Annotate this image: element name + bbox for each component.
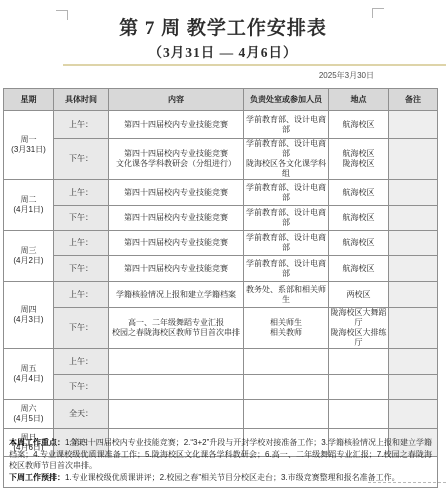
content-cell-line: 第四十四届校内专业技能竞赛	[110, 238, 242, 248]
table-row: 周四(4月3日)上午：学籍核验情况上报和建立学籍档案教务处、系部和相关师生两校区	[4, 282, 438, 308]
content-cell-line: 第四十四届校内专业技能竞赛	[110, 188, 242, 198]
column-header: 负责处室或参加人员	[244, 89, 329, 111]
time-cell-line: 上午：	[55, 188, 107, 198]
this-week-notes: 本周工作重点：1.第四十四届校内专业技能竞赛；2.“3+2”升段与开封学校对接准…	[9, 437, 432, 472]
place-cell-line: 航海校区	[330, 188, 387, 198]
staff-cell-line: 相关师生	[245, 318, 327, 328]
place-cell: 航海校区	[329, 231, 389, 256]
staff-cell-line: 学前教育部、设计电商部	[245, 259, 327, 279]
note-cell	[389, 256, 438, 282]
time-cell-line: 全天：	[55, 409, 107, 419]
time-cell-line: 上午：	[55, 290, 107, 300]
content-cell-line: 学籍核验情况上报和建立学籍档案	[110, 290, 242, 300]
table-row: 周一(3月31日)上午：第四十四届校内专业技能竞赛学前教育部、设计电商部航海校区	[4, 111, 438, 139]
staff-cell: 教务处、系部和相关师生	[244, 282, 329, 308]
day-cell: 周二(4月1日)	[4, 180, 54, 231]
document-page: 第 7 周 教学工作安排表 （3月31日 — 4月6日） 2025年3月30日 …	[0, 0, 446, 500]
column-header: 具体时间	[54, 89, 109, 111]
content-cell: 第四十四届校内专业技能竞赛	[109, 256, 244, 282]
staff-cell: 学前教育部、设计电商部	[244, 206, 329, 231]
time-cell: 下午：	[54, 375, 109, 400]
content-cell: 学籍核验情况上报和建立学籍档案	[109, 282, 244, 308]
schedule-table: 星期具体时间内容负责处室或参加人员地点备注 周一(3月31日)上午：第四十四届校…	[3, 88, 438, 457]
note-cell	[389, 206, 438, 231]
content-cell: 高一、二年级舞蹈专业汇报校园之春陇海校区教师节目首次串排	[109, 308, 244, 349]
content-cell	[109, 400, 244, 429]
column-header: 地点	[329, 89, 389, 111]
note-cell	[389, 282, 438, 308]
time-cell: 上午：	[54, 349, 109, 375]
place-cell: 航海校区	[329, 206, 389, 231]
content-cell: 第四十四届校内专业技能竞赛	[109, 180, 244, 206]
time-cell-line: 下午：	[55, 382, 107, 392]
this-week-label: 本周工作重点：	[9, 438, 65, 447]
day-cell-line: (4月5日)	[5, 414, 52, 424]
time-cell: 下午：	[54, 206, 109, 231]
place-cell-line: 航海校区	[330, 149, 387, 159]
content-cell-line: 第四十四届校内专业技能竞赛	[110, 149, 242, 159]
time-cell: 上午：	[54, 231, 109, 256]
place-cell-line: 航海校区	[330, 213, 387, 223]
day-cell-line: (4月4日)	[5, 374, 52, 384]
notes-section: 本周工作重点：1.第四十四届校内专业技能竞赛；2.“3+2”升段与开封学校对接准…	[3, 433, 438, 488]
time-cell-line: 上午：	[55, 357, 107, 367]
time-cell: 下午：	[54, 308, 109, 349]
place-cell-line: 航海校区	[330, 238, 387, 248]
time-cell: 上午：	[54, 111, 109, 139]
time-cell: 下午：	[54, 139, 109, 180]
day-cell-line: 周三	[5, 246, 52, 256]
day-cell-line: (4月2日)	[5, 256, 52, 266]
content-cell: 第四十四届校内专业技能竞赛	[109, 206, 244, 231]
staff-cell	[244, 375, 329, 400]
this-week-text: 1.第四十四届校内专业技能竞赛；2.“3+2”升段与开封学校对接准备工作；3.学…	[9, 438, 432, 470]
place-cell-line: 陇海校区	[330, 159, 387, 169]
page-subtitle: （3月31日 — 4月6日）	[0, 41, 446, 61]
next-week-text: 1.专业课校级优质课讲评；2.校园之春”相关节目分校区走台；3.市级竞赛整理和报…	[65, 473, 400, 482]
day-cell: 周五(4月4日)	[4, 349, 54, 400]
place-cell-line: 两校区	[330, 290, 387, 300]
place-cell-line: 航海校区	[330, 264, 387, 274]
time-cell-line: 下午：	[55, 154, 107, 164]
column-header: 星期	[4, 89, 54, 111]
place-cell: 两校区	[329, 282, 389, 308]
title-divider	[63, 64, 446, 66]
place-cell	[329, 400, 389, 429]
time-cell-line: 下午：	[55, 213, 107, 223]
note-cell	[389, 308, 438, 349]
table-row: 周二(4月1日)上午：第四十四届校内专业技能竞赛学前教育部、设计电商部航海校区	[4, 180, 438, 206]
table-row: 下午：高一、二年级舞蹈专业汇报校园之春陇海校区教师节目首次串排相关师生相关教师陇…	[4, 308, 438, 349]
staff-cell: 学前教育部、设计电商部	[244, 180, 329, 206]
place-cell-line: 航海校区	[330, 120, 387, 130]
time-cell-line: 上午：	[55, 120, 107, 130]
day-cell-line: (4月1日)	[5, 205, 52, 215]
table-header-row: 星期具体时间内容负责处室或参加人员地点备注	[4, 89, 438, 111]
page-break-dashes	[368, 482, 446, 483]
staff-cell	[244, 349, 329, 375]
content-cell-line: 第四十四届校内专业技能竞赛	[110, 213, 242, 223]
day-cell: 周一(3月31日)	[4, 111, 54, 180]
note-cell	[389, 349, 438, 375]
day-cell-line: 周六	[5, 404, 52, 414]
time-cell: 全天：	[54, 400, 109, 429]
staff-cell: 相关师生相关教师	[244, 308, 329, 349]
time-cell: 上午：	[54, 282, 109, 308]
place-cell: 陇海校区大舞蹈厅陇海校区大排练厅	[329, 308, 389, 349]
staff-cell: 学前教育部、设计电商部陇海校区各文化课学科组	[244, 139, 329, 180]
note-cell	[389, 231, 438, 256]
issue-date: 2025年3月30日	[0, 70, 374, 81]
day-cell-line: (4月3日)	[5, 315, 52, 325]
column-header: 内容	[109, 89, 244, 111]
content-cell-line: 校园之春陇海校区教师节目首次串排	[110, 328, 242, 338]
staff-cell-line: 学前教育部、设计电商部	[245, 183, 327, 203]
place-cell: 航海校区	[329, 256, 389, 282]
note-cell	[389, 111, 438, 139]
staff-cell-line: 学前教育部、设计电商部	[245, 139, 327, 159]
content-cell-line: 高一、二年级舞蹈专业汇报	[110, 318, 242, 328]
time-cell-line: 上午：	[55, 238, 107, 248]
place-cell-line: 陇海校区大排练厅	[330, 328, 387, 348]
table-row: 下午：第四十四届校内专业技能竞赛学前教育部、设计电商部航海校区	[4, 206, 438, 231]
time-cell: 下午：	[54, 256, 109, 282]
staff-cell-line: 学前教育部、设计电商部	[245, 115, 327, 135]
note-cell	[389, 180, 438, 206]
day-cell-line: 周四	[5, 305, 52, 315]
content-cell-line: 文化课各学科教研会（分组进行）	[110, 159, 242, 169]
day-cell-line: 周一	[5, 135, 52, 145]
table-row: 周六(4月5日)全天：	[4, 400, 438, 429]
note-cell	[389, 400, 438, 429]
time-cell: 上午：	[54, 180, 109, 206]
day-cell-line: 周五	[5, 364, 52, 374]
place-cell-line: 陇海校区大舞蹈厅	[330, 308, 387, 328]
place-cell: 航海校区	[329, 111, 389, 139]
time-cell-line: 下午：	[55, 264, 107, 274]
table-row: 下午：第四十四届校内专业技能竞赛学前教育部、设计电商部航海校区	[4, 256, 438, 282]
day-cell: 周四(4月3日)	[4, 282, 54, 349]
table-row: 下午：	[4, 375, 438, 400]
staff-cell-line: 陇海校区各文化课学科组	[245, 159, 327, 179]
staff-cell: 学前教育部、设计电商部	[244, 111, 329, 139]
staff-cell	[244, 400, 329, 429]
content-cell-line: 第四十四届校内专业技能竞赛	[110, 120, 242, 130]
note-cell	[389, 375, 438, 400]
content-cell: 第四十四届校内专业技能竞赛	[109, 231, 244, 256]
next-week-label: 下周工作预排：	[9, 473, 65, 482]
page-title: 第 7 周 教学工作安排表	[0, 13, 446, 40]
time-cell-line: 下午：	[55, 323, 107, 333]
table-row: 周三(4月2日)上午：第四十四届校内专业技能竞赛学前教育部、设计电商部航海校区	[4, 231, 438, 256]
column-header: 备注	[389, 89, 438, 111]
place-cell: 航海校区陇海校区	[329, 139, 389, 180]
place-cell	[329, 375, 389, 400]
staff-cell-line: 教务处、系部和相关师生	[245, 285, 327, 305]
table-row: 周五(4月4日)上午：	[4, 349, 438, 375]
staff-cell: 学前教育部、设计电商部	[244, 256, 329, 282]
content-cell	[109, 349, 244, 375]
staff-cell: 学前教育部、设计电商部	[244, 231, 329, 256]
content-cell: 第四十四届校内专业技能竞赛文化课各学科教研会（分组进行）	[109, 139, 244, 180]
day-cell-line: 周二	[5, 195, 52, 205]
day-cell-line: (3月31日)	[5, 145, 52, 155]
table-row: 下午：第四十四届校内专业技能竞赛文化课各学科教研会（分组进行）学前教育部、设计电…	[4, 139, 438, 180]
staff-cell-line: 相关教师	[245, 328, 327, 338]
note-cell	[389, 139, 438, 180]
day-cell: 周六(4月5日)	[4, 400, 54, 429]
day-cell: 周三(4月2日)	[4, 231, 54, 282]
content-cell-line: 第四十四届校内专业技能竞赛	[110, 264, 242, 274]
content-cell: 第四十四届校内专业技能竞赛	[109, 111, 244, 139]
content-cell	[109, 375, 244, 400]
staff-cell-line: 学前教育部、设计电商部	[245, 233, 327, 253]
place-cell: 航海校区	[329, 180, 389, 206]
place-cell	[329, 349, 389, 375]
staff-cell-line: 学前教育部、设计电商部	[245, 208, 327, 228]
